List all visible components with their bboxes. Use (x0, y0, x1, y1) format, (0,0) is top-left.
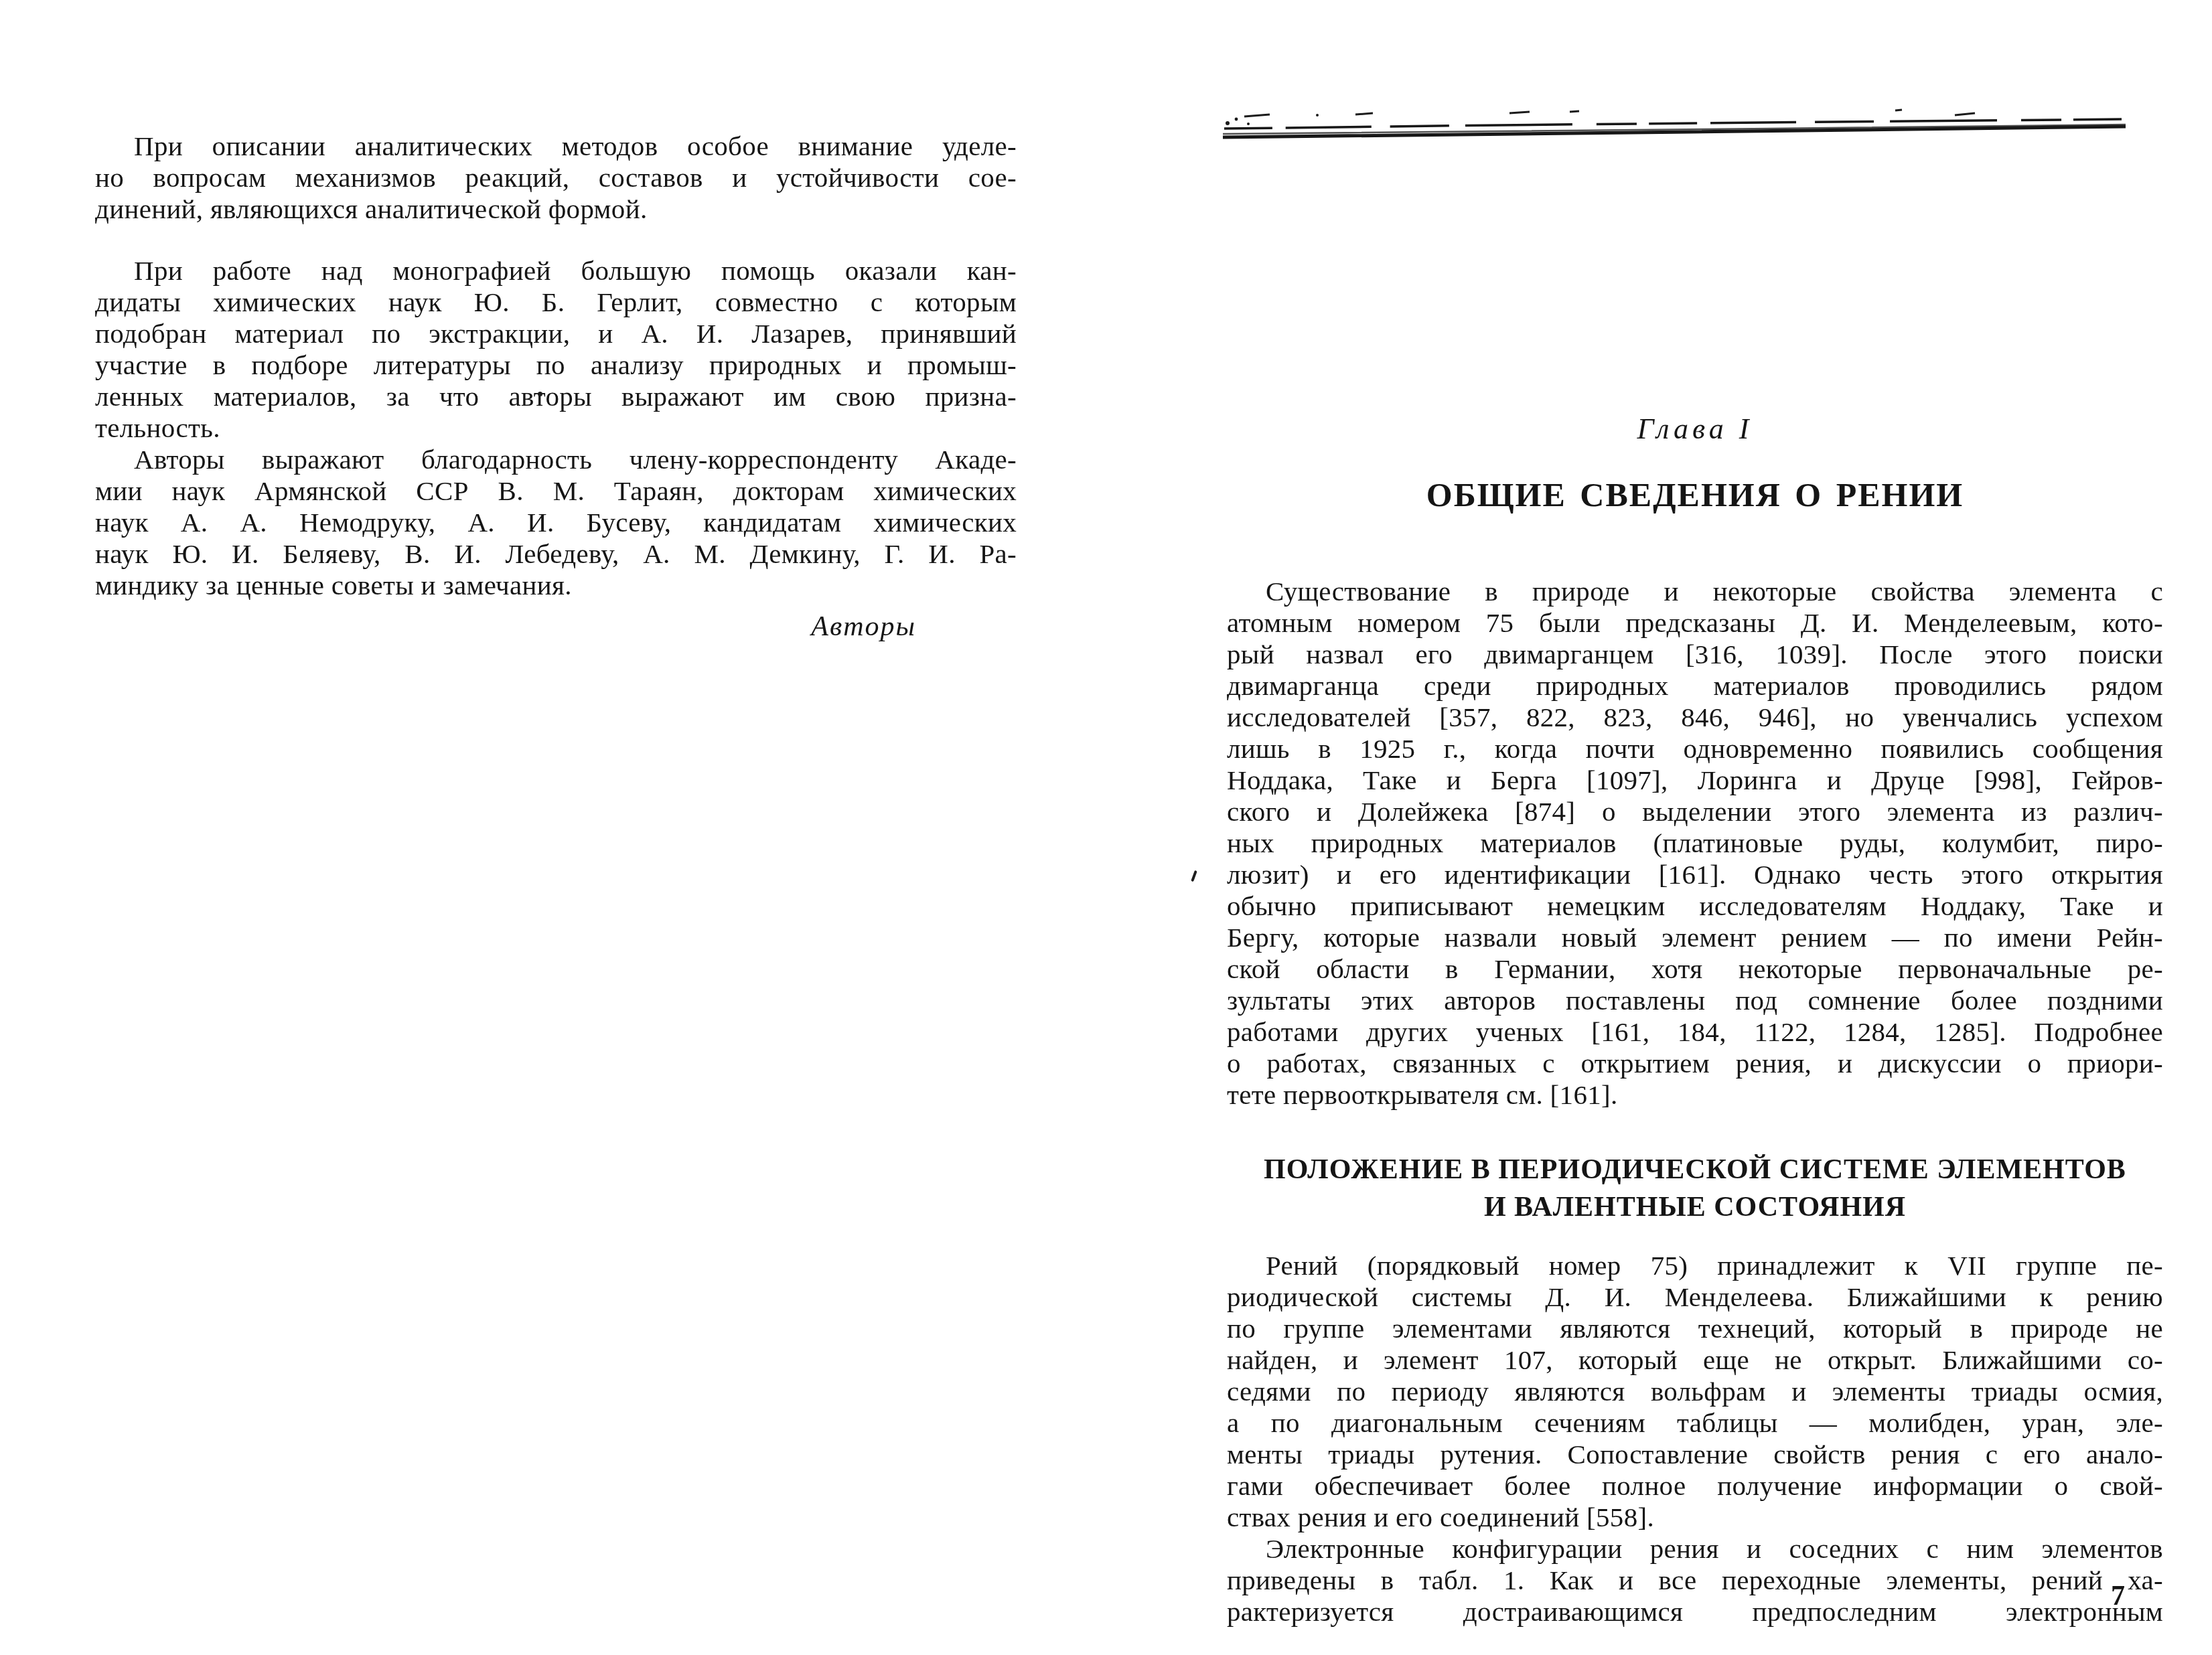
text-line: работами других ученых [161, 184, 1122, … (1227, 1016, 2163, 1048)
text-line: зультаты этих авторов поставлены под сом… (1227, 985, 2163, 1016)
text-line: При работе над монографией большую помощ… (95, 255, 1017, 287)
text-line: мии наук Армянской ССР В. М. Тараян, док… (95, 475, 1017, 507)
text-line: ствах рения и его соединений [558]. (1227, 1502, 2163, 1533)
text-line: тельность. (95, 412, 1017, 444)
text-line: двимарганца среди природных материалов п… (1227, 670, 2163, 702)
text-line: люзит) и его идентификации [161]. Однако… (1227, 859, 2163, 890)
text-line: рый назвал его двимарганцем [316, 1039].… (1227, 639, 2163, 670)
text-line: обычно приписывают немецким исследовател… (1227, 890, 2163, 922)
text-line: подобран материал по экстракции, и А. И.… (95, 318, 1017, 349)
text-line: рактеризуется достраивающимся предпослед… (1227, 1596, 2163, 1628)
text-line: Ноддака, Таке и Берга [1097], Лоринга и … (1227, 765, 2163, 796)
paragraph-periodic-position: Рений (порядковый номер 75) принадлежит … (1227, 1250, 2163, 1533)
paragraph-acknowledgement-1: При работе над монографией большую помощ… (95, 255, 1017, 444)
text-line: менты триады рутения. Сопоставление свой… (1227, 1439, 2163, 1470)
left-page: При описании аналитических методов особо… (95, 131, 1017, 643)
right-page: Глава I ОБЩИЕ СВЕДЕНИЯ О РЕНИИ Существов… (1227, 107, 2163, 1628)
text-line: Электронные конфигурации рения и соседни… (1227, 1533, 2163, 1565)
text-line: При описании аналитических методов особо… (95, 131, 1017, 162)
paragraph-gap (95, 225, 1017, 255)
paragraph-rhenium-history: Существование в природе и некоторые свой… (1227, 576, 2163, 1111)
text-line: гами обеспечивает более полное получение… (1227, 1470, 2163, 1502)
ink-speck (538, 392, 542, 396)
text-line: Существование в природе и некоторые свой… (1227, 576, 2163, 607)
text-line: миндику за ценные советы и замечания. (95, 570, 1017, 601)
text-line: тете первооткрывателя см. [161]. (1227, 1079, 2163, 1111)
book-spread-scan: { "colors": { "ink": "#151515", "paper":… (0, 0, 2212, 1655)
section-heading: ПОЛОЖЕНИЕ В ПЕРИОДИЧЕСКОЙ СИСТЕМЕ ЭЛЕМЕН… (1227, 1151, 2163, 1226)
text-line: а по диагональным сечениям таблицы — мол… (1227, 1407, 2163, 1439)
text-line: Авторы выражают благодарность члену-корр… (95, 444, 1017, 475)
authors-signature: Авторы (95, 611, 1017, 643)
text-line: но вопросам механизмов реакций, составов… (95, 162, 1017, 193)
text-line: ской области в Германии, хотя некоторые … (1227, 953, 2163, 985)
text-line: Бергу, которые назвали новый элемент рен… (1227, 922, 2163, 953)
text-line: ленных материалов, за что авторы выражаю… (95, 381, 1017, 412)
paragraph-acknowledgement-2: Авторы выражают благодарность члену-корр… (95, 444, 1017, 601)
chapter-label: Глава I (1227, 412, 2163, 446)
paragraph-electron-configuration: Электронные конфигурации рения и соседни… (1227, 1533, 2163, 1628)
paragraph-analytical-methods: При описании аналитических методов особо… (95, 131, 1017, 225)
text-line: динений, являющихся аналитической формой… (95, 193, 1017, 225)
text-line: ского и Долейжека [874] о выделении этог… (1227, 796, 2163, 828)
page-number: 7 (2111, 1580, 2125, 1612)
text-line: по группе элементами являются технеций, … (1227, 1313, 2163, 1344)
text-line: атомным номером 75 были предсказаны Д. И… (1227, 607, 2163, 639)
text-line: седями по периоду являются вольфрам и эл… (1227, 1376, 2163, 1407)
text-line: дидаты химических наук Ю. Б. Герлит, сов… (95, 287, 1017, 318)
text-line: лишь в 1925 г., когда почти одновременно… (1227, 733, 2163, 765)
ink-speck (1191, 870, 1197, 882)
text-line: наук Ю. И. Беляеву, В. И. Лебедеву, А. М… (95, 538, 1017, 570)
section-heading-line: ПОЛОЖЕНИЕ В ПЕРИОДИЧЕСКОЙ СИСТЕМЕ ЭЛЕМЕН… (1227, 1151, 2163, 1188)
section-heading-line: И ВАЛЕНТНЫЕ СОСТОЯНИЯ (1227, 1188, 2163, 1226)
text-line: риодической системы Д. И. Менделеева. Бл… (1227, 1281, 2163, 1313)
text-line: Рений (порядковый номер 75) принадлежит … (1227, 1250, 2163, 1281)
text-line: о работах, связанных с открытием рения, … (1227, 1048, 2163, 1079)
chapter-title: ОБЩИЕ СВЕДЕНИЯ О РЕНИИ (1227, 475, 2163, 514)
text-line: наук А. А. Немодруку, А. И. Бусеву, канд… (95, 507, 1017, 538)
text-line: ных природных материалов (платиновые руд… (1227, 828, 2163, 859)
text-line: найден, и элемент 107, который еще не от… (1227, 1344, 2163, 1376)
text-line: исследователей [357, 822, 823, 846, 946]… (1227, 702, 2163, 733)
text-line: участие в подборе литературы по анализу … (95, 349, 1017, 381)
text-line: приведены в табл. 1. Как и все переходны… (1227, 1565, 2163, 1596)
